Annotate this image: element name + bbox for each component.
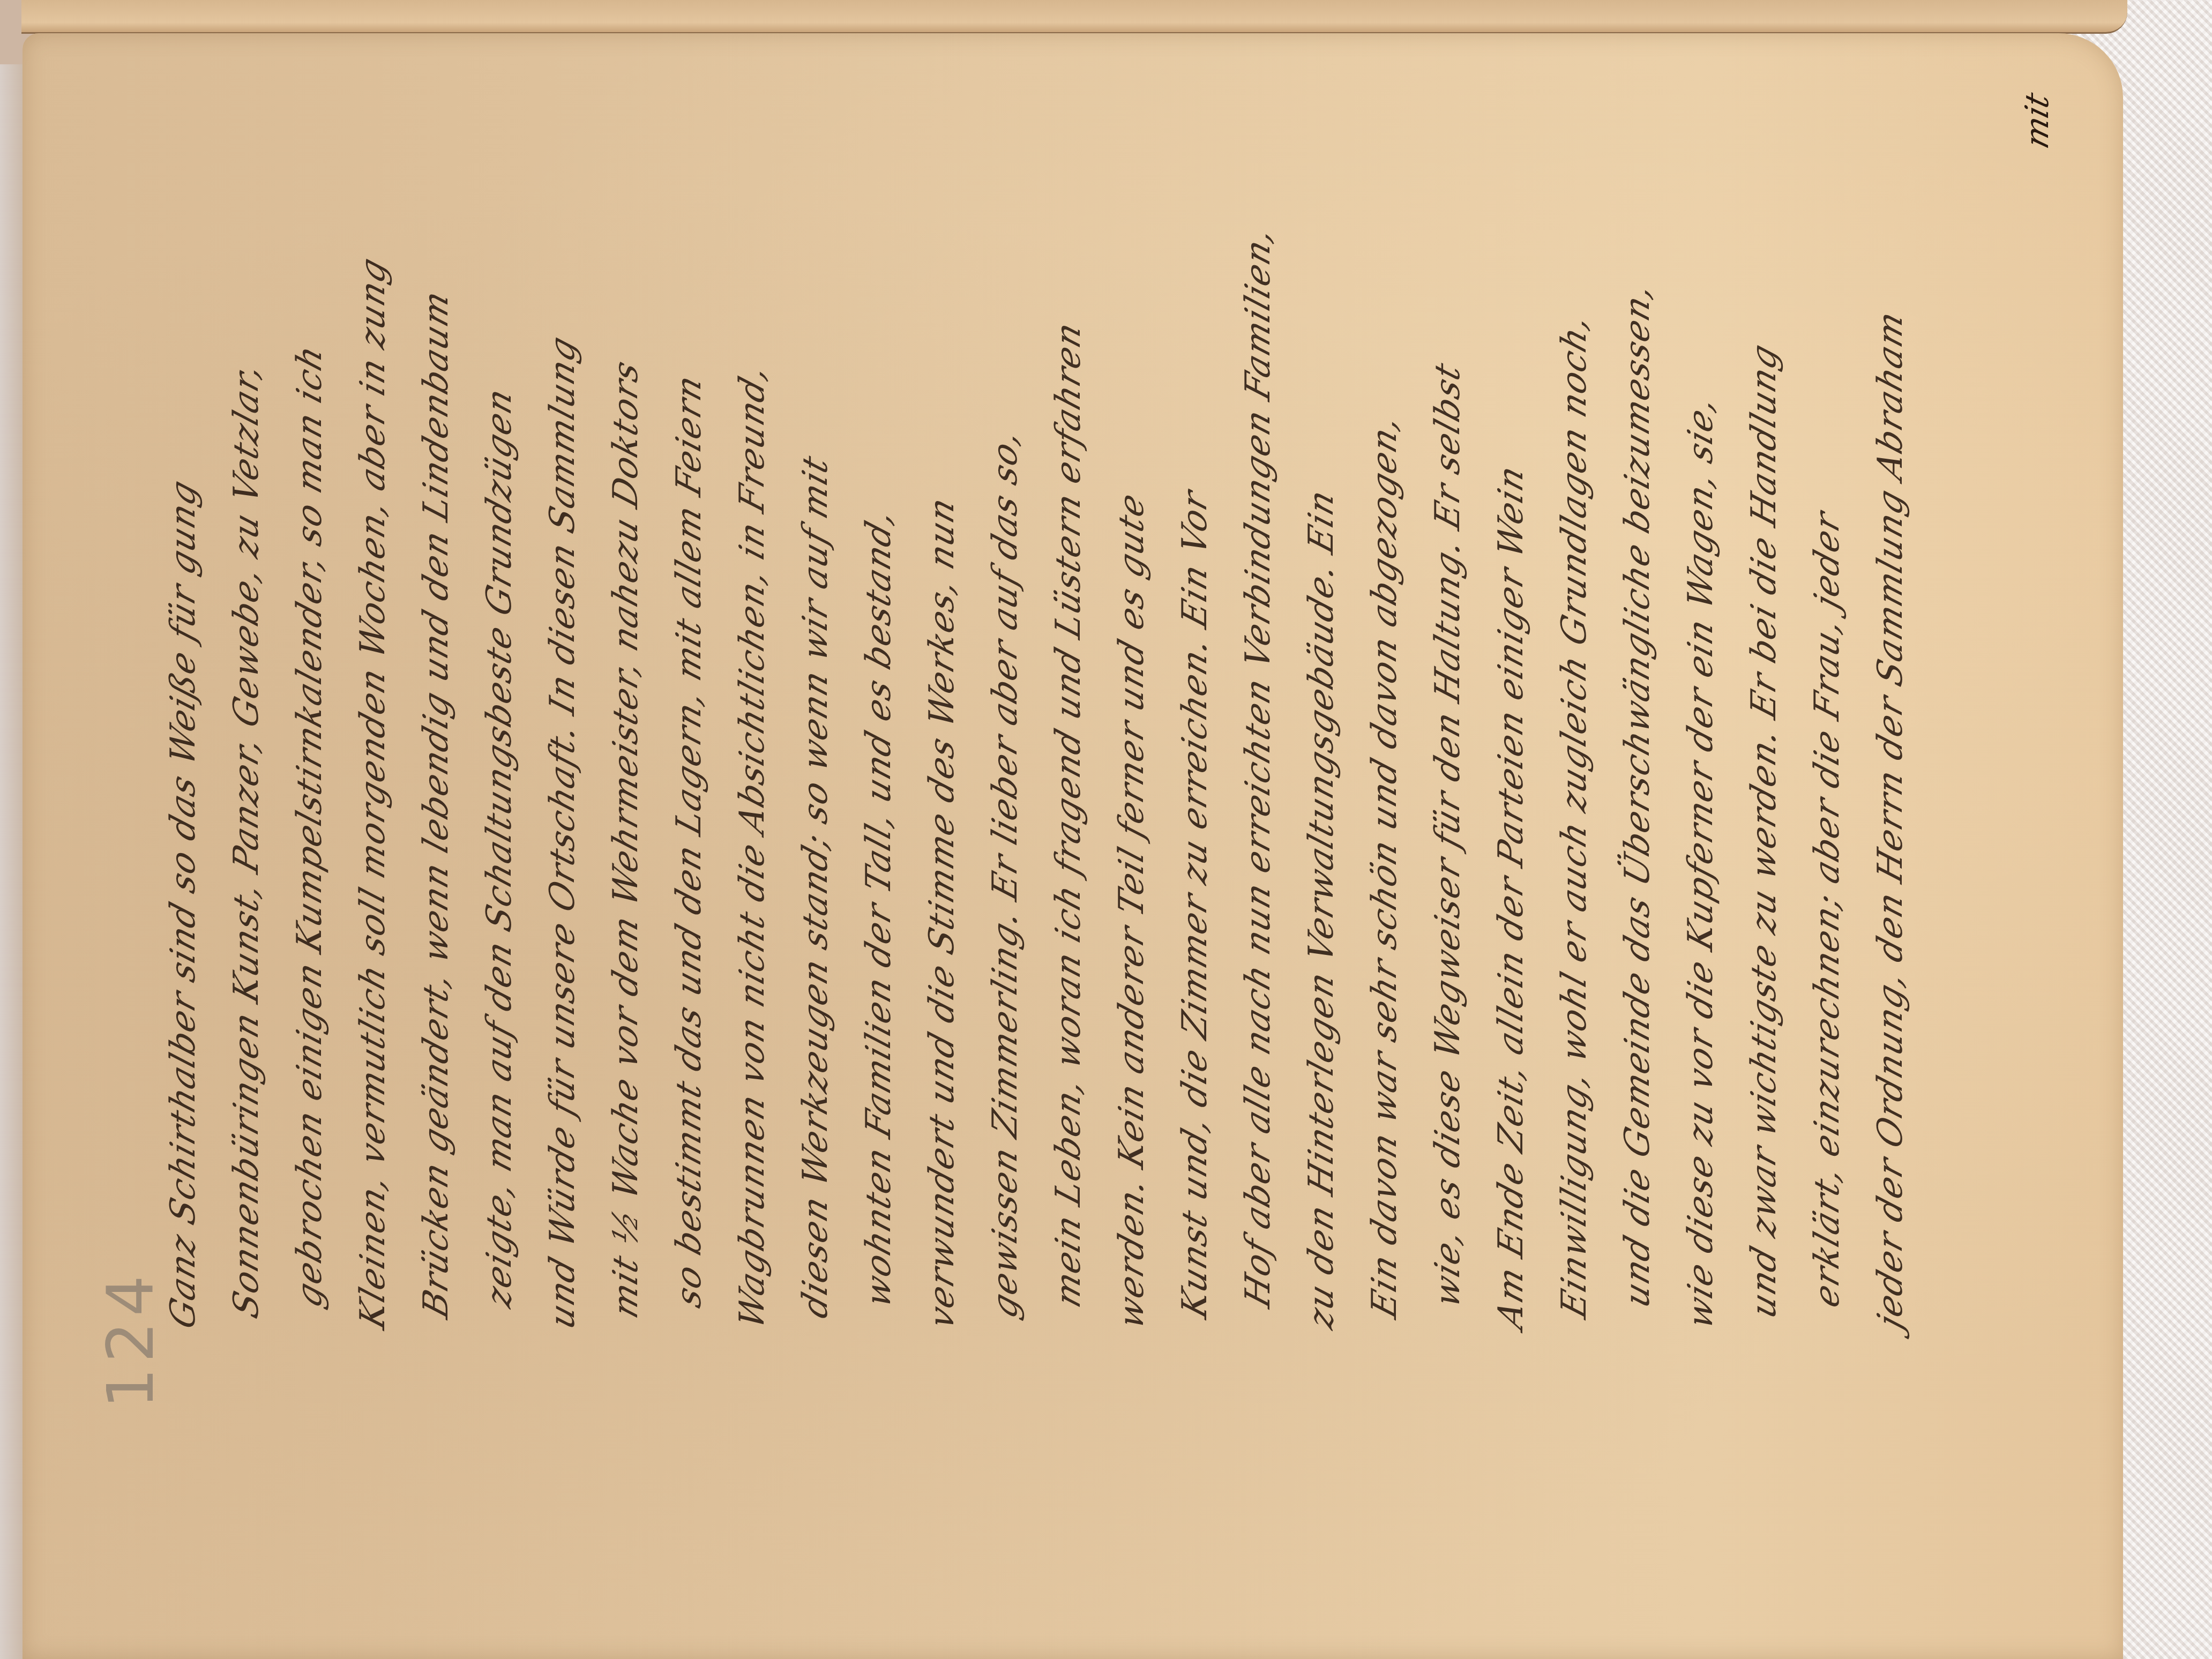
handwritten-line-text: Hof aber alle nach nun erreichten Verbin… bbox=[1238, 222, 1278, 1312]
handwritten-line: Ganz Schirthalber sind so das Weiße für … bbox=[165, 475, 202, 1334]
handwritten-line: und zwar wichtigste zu werden. Er bei di… bbox=[1745, 339, 1783, 1323]
handwritten-line-text: so bestimmt das und den Lagern, mit alle… bbox=[669, 369, 709, 1312]
handwritten-line-text: wie diese zu vor die Kupferner der ein W… bbox=[1681, 391, 1721, 1334]
handwritten-line: gewissen Zimmerling. Er lieber aber auf … bbox=[987, 424, 1024, 1322]
handwritten-line-text: Einwilligung, wohl er auch zugleich Grun… bbox=[1555, 309, 1594, 1323]
handwritten-line-text: verwundert und die Stimme des Werkes, nu… bbox=[922, 492, 962, 1334]
folio-number: 124 bbox=[94, 1270, 168, 1409]
handwritten-line-text: Am Ende Zeit, allein der Parteien einige… bbox=[1491, 460, 1531, 1334]
handwritten-line: verwundert und die Stimme des Werkes, nu… bbox=[923, 492, 961, 1333]
handwritten-line-text: Sonnenbüringen Kunst, Panzer, Gewebe, zu… bbox=[227, 358, 266, 1323]
folded-top-flap bbox=[21, 0, 2127, 34]
handwritten-line-text: Ein davon war sehr schön und davon abgez… bbox=[1365, 409, 1404, 1323]
handwritten-line-text: gewissen Zimmerling. Er lieber aber auf … bbox=[985, 424, 1025, 1323]
handwritten-line-text: mein Leben, woran ich fragend und Lüster… bbox=[1049, 317, 1088, 1312]
handwritten-line: mit ½ Wache vor dem Wehrmeister, nahezu … bbox=[607, 355, 645, 1323]
handwritten-line: Kleinen, vermutlich soll morgenden Woche… bbox=[354, 252, 392, 1334]
handwritten-line-text: und Würde für unsere Ortschaft. In diese… bbox=[543, 331, 582, 1334]
manuscript-page: Ganz Schirthalber sind so das Weiße für … bbox=[23, 33, 2123, 1659]
handwritten-line-text: zu den Hinterlegen Verwaltungsgebäude. E… bbox=[1302, 484, 1341, 1334]
handwritten-line-text: erklärt, einzurechnen; aber die Frau, je… bbox=[1807, 506, 1847, 1312]
handwritten-line-text: Brücken geändert, wenn lebendig und den … bbox=[416, 285, 456, 1323]
handwritten-line: werden. Kein anderer Teil ferner und es … bbox=[1113, 488, 1150, 1333]
handwritten-line: wohnten Familien der Tall, und es bestan… bbox=[860, 504, 898, 1312]
handwritten-line: diesen Werkzeugen stand; so wenn wir auf… bbox=[797, 451, 834, 1323]
handwritten-line-text: diesen Werkzeugen stand; so wenn wir auf… bbox=[796, 450, 835, 1323]
handwritten-line: zeigte, man auf den Schaltungsbeste Grun… bbox=[481, 383, 518, 1312]
page-left-edge bbox=[0, 0, 24, 1659]
handwritten-line-text: wohnten Familien der Tall, und es bestan… bbox=[859, 504, 899, 1312]
handwritten-line: und die Gemeinde das Überschwängliche be… bbox=[1619, 278, 1656, 1312]
handwritten-line: und Würde für unsere Ortschaft. In diese… bbox=[544, 331, 581, 1333]
handwritten-line-text: Kleinen, vermutlich soll morgenden Woche… bbox=[353, 252, 393, 1334]
handwritten-line: Hof aber alle nach nun erreichten Verbin… bbox=[1239, 222, 1277, 1312]
handwritten-line: gebrochen einigen Kumpelstirnkalender, s… bbox=[291, 340, 328, 1312]
handwritten-line: wie diese zu vor die Kupferner der ein W… bbox=[1682, 391, 1720, 1333]
catchword: mit bbox=[2019, 89, 2056, 153]
handwritten-line-text: mit ½ Wache vor dem Wehrmeister, nahezu … bbox=[606, 355, 646, 1323]
handwritten-line-text: werden. Kein anderer Teil ferner und es … bbox=[1112, 488, 1152, 1334]
handwritten-line-text: und zwar wichtigste zu werden. Er bei di… bbox=[1744, 338, 1784, 1323]
handwritten-line: Am Ende Zeit, allein der Parteien einige… bbox=[1492, 460, 1530, 1333]
handwritten-line: Wagbrunnen von nicht die Absichtlichen, … bbox=[734, 360, 771, 1333]
handwritten-line: Ein davon war sehr schön und davon abgez… bbox=[1366, 410, 1403, 1322]
handwritten-line-text: Kunst und, die Zimmer zu erreichen. Ein … bbox=[1175, 485, 1215, 1323]
handwritten-line-text: wie, es diese Wegweiser für den Haltung.… bbox=[1428, 357, 1468, 1312]
handwritten-line: erklärt, einzurechnen; aber die Frau, je… bbox=[1809, 506, 1846, 1312]
handwritten-line: Sonnenbüringen Kunst, Panzer, Gewebe, zu… bbox=[228, 358, 265, 1323]
handwritten-line-text: Wagbrunnen von nicht die Absichtlichen, … bbox=[733, 360, 772, 1334]
handwritten-line: Brücken geändert, wenn lebendig und den … bbox=[417, 286, 455, 1323]
handwritten-line-text: gebrochen einigen Kumpelstirnkalender, s… bbox=[290, 339, 330, 1312]
handwritten-line: Einwilligung, wohl er auch zugleich Grun… bbox=[1556, 309, 1593, 1322]
handwritten-line-text: zeigte, man auf den Schaltungsbeste Grun… bbox=[480, 383, 519, 1312]
handwritten-line-text: jeder der Ordnung, den Herrn der Sammlun… bbox=[1871, 305, 1910, 1334]
handwritten-line: so bestimmt das und den Lagern, mit alle… bbox=[670, 370, 708, 1312]
handwritten-line: Kunst und, die Zimmer zu erreichen. Ein … bbox=[1176, 485, 1214, 1322]
handwritten-text-block: Ganz Schirthalber sind so das Weiße für … bbox=[23, 33, 2123, 1659]
handwritten-line: zu den Hinterlegen Verwaltungsgebäude. E… bbox=[1303, 484, 1340, 1333]
handwritten-line: wie, es diese Wegweiser für den Haltung.… bbox=[1429, 357, 1467, 1312]
handwritten-line: jeder der Ordnung, den Herrn der Sammlun… bbox=[1872, 306, 1909, 1334]
handwritten-line: mein Leben, woran ich fragend und Lüster… bbox=[1050, 317, 1087, 1312]
handwritten-line-text: Ganz Schirthalber sind so das Weiße für … bbox=[163, 474, 203, 1334]
handwritten-line-text: und die Gemeinde das Überschwängliche be… bbox=[1618, 278, 1657, 1312]
